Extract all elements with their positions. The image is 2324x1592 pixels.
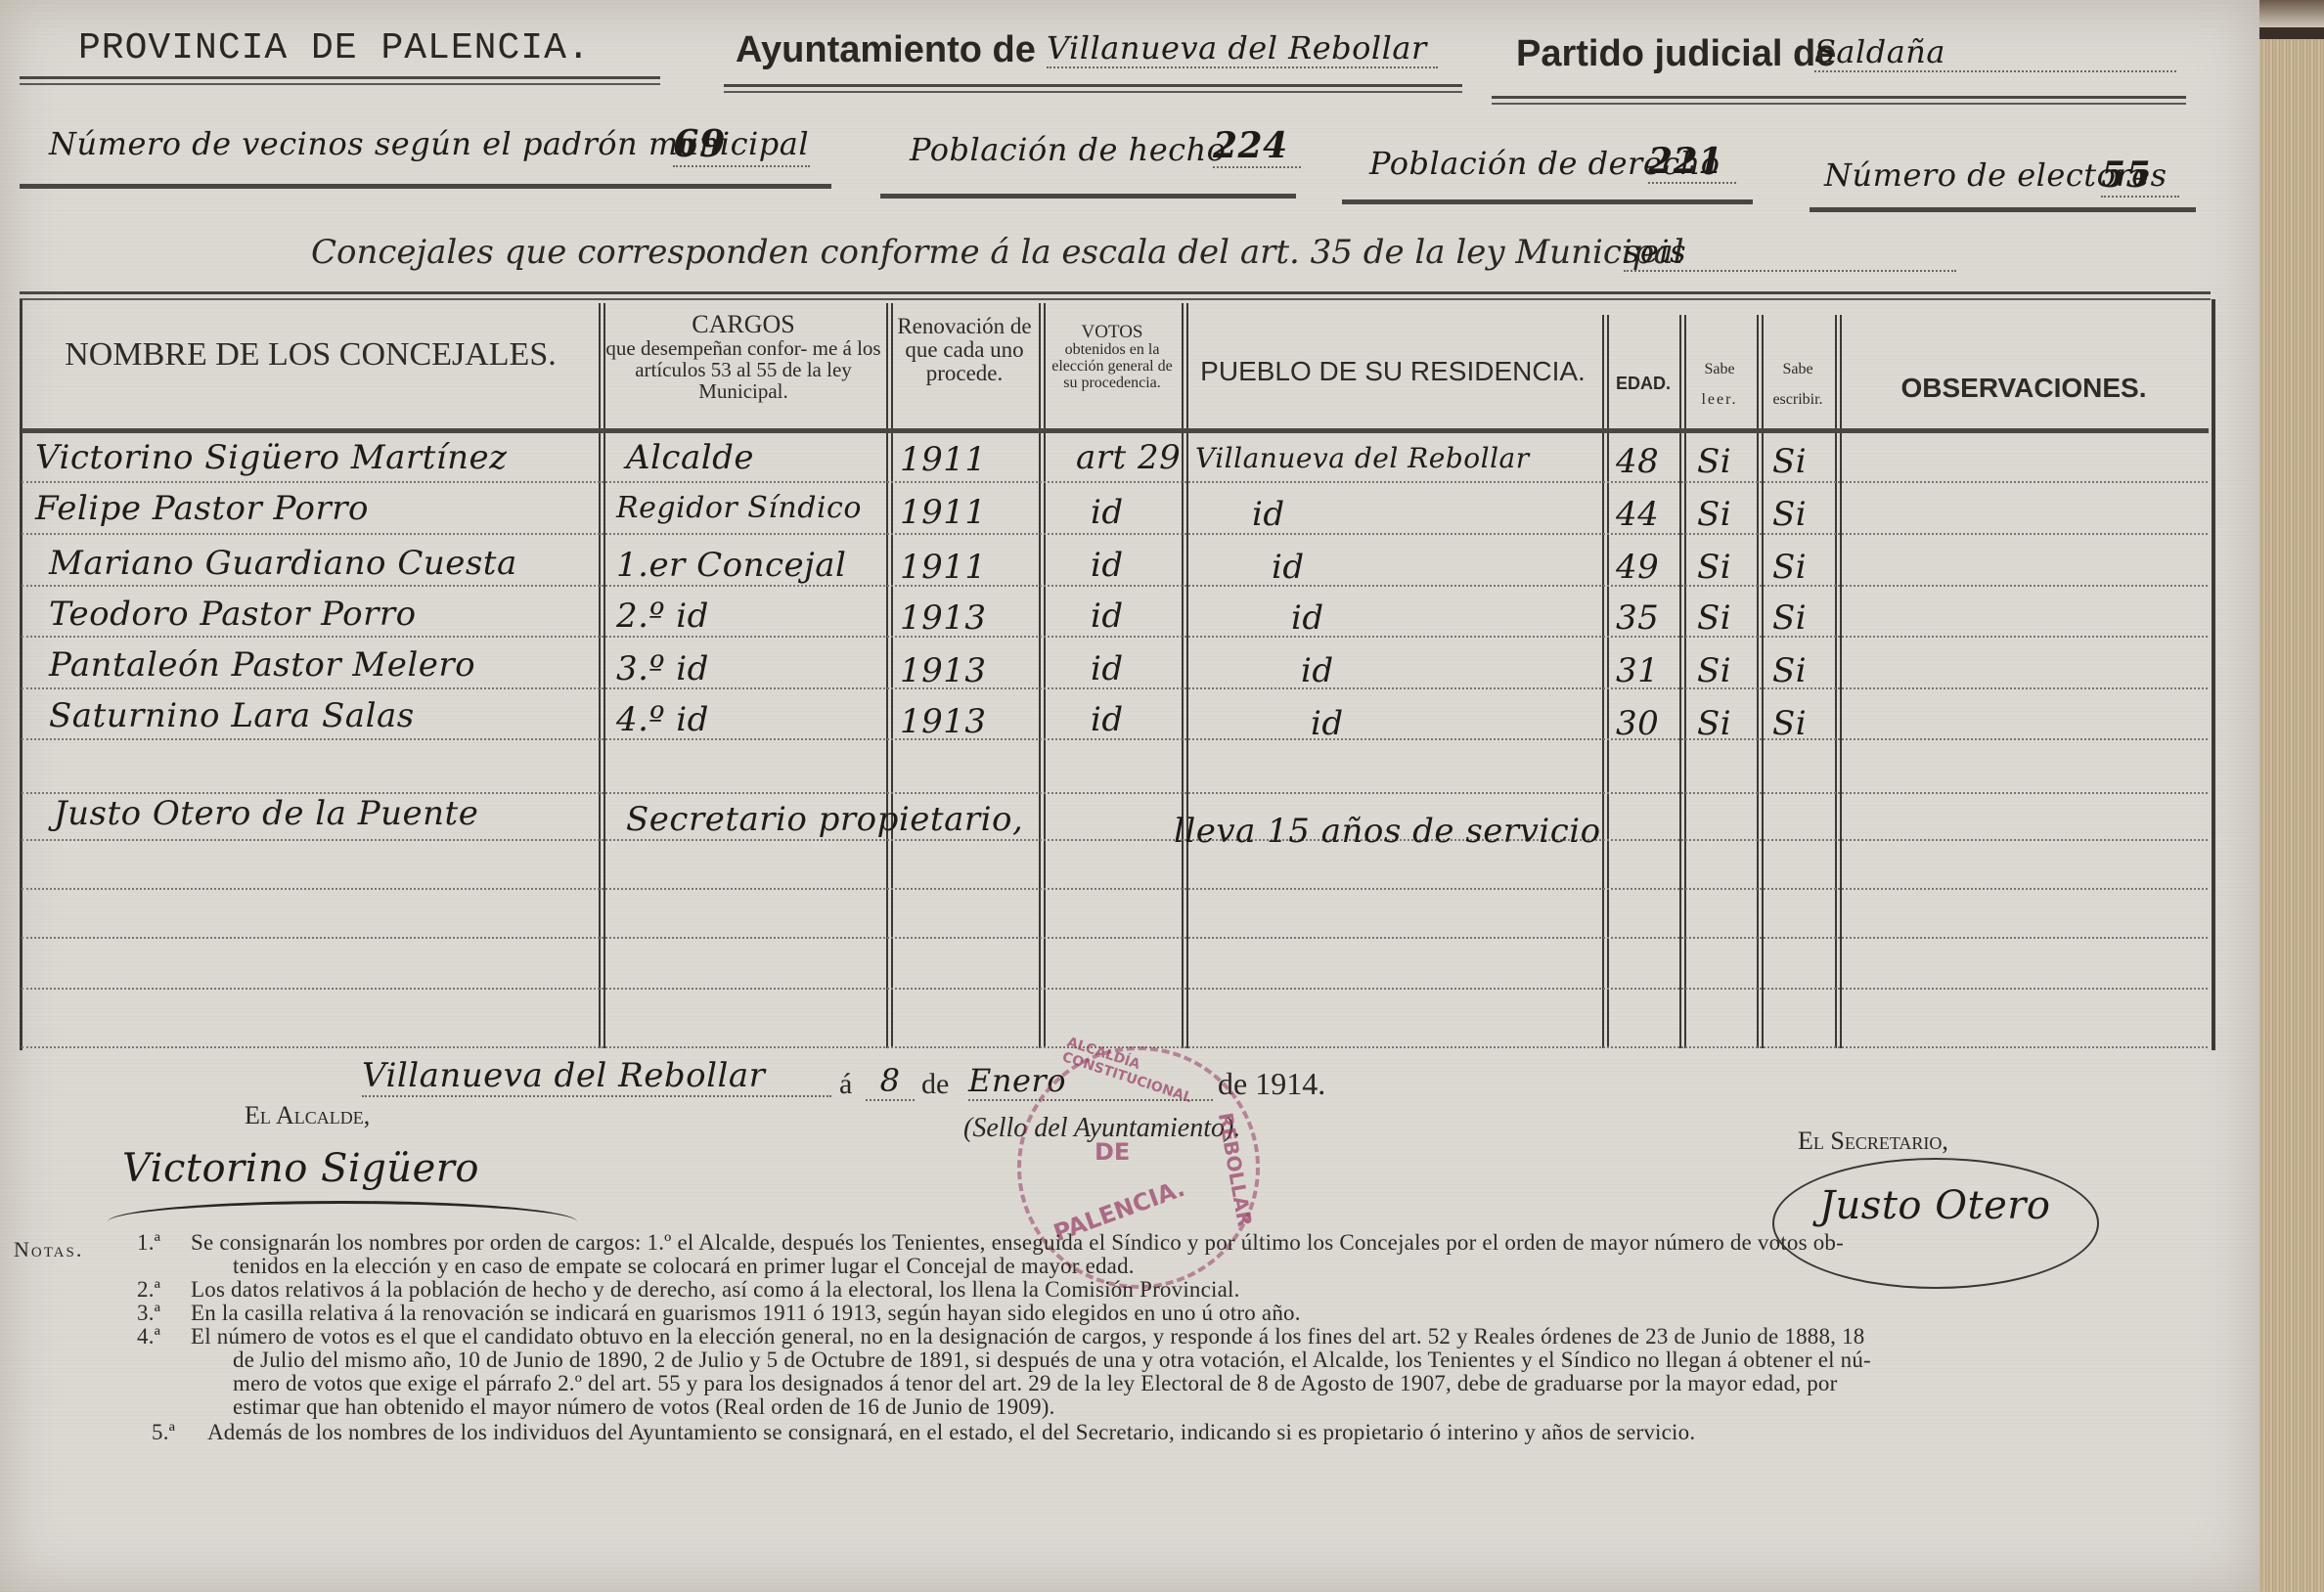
electores-value[interactable]: 55 [2101, 155, 2179, 198]
cell-escribir[interactable]: Si [1772, 704, 1807, 743]
cell-renovacion[interactable]: 1911 [900, 548, 987, 587]
stamp-middle-text: DE [1095, 1138, 1130, 1166]
col-header-leer: Sabe leer. [1684, 362, 1755, 409]
date-place[interactable]: Villanueva del Rebollar [362, 1056, 831, 1097]
cell-cargo[interactable]: 3.º id [616, 649, 709, 688]
row-line-11 [22, 988, 2208, 990]
cell-nombre[interactable]: Felipe Pastor Porro [35, 489, 369, 528]
cell-renovacion[interactable]: 1913 [900, 651, 987, 690]
cell-pueblo[interactable]: id [1301, 651, 1334, 690]
date-day[interactable]: 8 [866, 1062, 915, 1101]
row-line-8 [22, 839, 2208, 841]
secretary-detail[interactable]: lleva 15 años de servicio [1174, 812, 1601, 851]
cell-pueblo[interactable]: id [1311, 704, 1344, 743]
row-line-4 [22, 636, 2208, 638]
hecho-value[interactable]: 224 [1213, 125, 1301, 168]
date-a: á [839, 1068, 852, 1101]
col-header-cargos: CARGOS que desempeñan confor- me á los a… [603, 311, 884, 402]
note-5-num: 5.ª [152, 1420, 175, 1445]
cell-nombre[interactable]: Mariano Guardiano Cuesta [49, 544, 517, 583]
cell-pueblo[interactable]: id [1291, 598, 1324, 638]
ayuntamiento-label: Ayuntamiento de [736, 29, 1036, 71]
note-4-num: 4.ª [137, 1324, 160, 1349]
cell-pueblo[interactable]: id [1252, 495, 1285, 534]
note-1-line-1: Se consignarán los nombres por orden de … [191, 1230, 1844, 1256]
cell-edad[interactable]: 35 [1616, 598, 1659, 638]
cell-cargo[interactable]: Alcalde [626, 438, 754, 477]
row-line-2 [22, 533, 2208, 535]
col-header-pueblo: PUEBLO DE SU RESIDENCIA. [1187, 357, 1598, 385]
document-page: PROVINCIA DE PALENCIA. Ayuntamiento de V… [0, 0, 2259, 1592]
derecho-rule [1342, 199, 1753, 204]
ayuntamiento-value[interactable]: Villanueva del Rebollar [1047, 29, 1438, 68]
alcalde-signature: Victorino Sigüero [122, 1146, 479, 1191]
cell-votos[interactable]: id [1091, 546, 1124, 585]
notes-title: Notas. [14, 1237, 83, 1262]
note-4-line-3: mero de votos que exige el párrafo 2.º d… [233, 1371, 1837, 1396]
cell-leer[interactable]: Si [1697, 548, 1731, 587]
note-2-num: 2.ª [137, 1277, 160, 1303]
cell-escribir[interactable]: Si [1772, 442, 1807, 481]
cell-edad[interactable]: 49 [1616, 548, 1659, 587]
cell-pueblo[interactable]: Villanueva del Rebollar [1195, 442, 1530, 474]
hecho-rule [880, 194, 1296, 199]
cell-leer[interactable]: Si [1697, 598, 1731, 638]
cell-renovacion[interactable]: 1913 [900, 702, 987, 741]
cell-edad[interactable]: 30 [1616, 704, 1659, 743]
ayuntamiento-rule [724, 84, 1462, 93]
note-4-line-4: estimar que han obtenido el mayor número… [233, 1394, 1055, 1420]
cell-escribir[interactable]: Si [1772, 598, 1807, 638]
cell-votos[interactable]: art 29 [1076, 438, 1181, 477]
cell-votos[interactable]: id [1091, 649, 1124, 688]
secretario-label: El Secretario, [1798, 1127, 1948, 1156]
vecinos-rule [20, 184, 831, 189]
col-header-votos: VOTOS obtenidos en la elección general d… [1045, 323, 1180, 391]
note-4-line-1: El número de votos es el que el candidat… [191, 1324, 1864, 1349]
cell-escribir[interactable]: Si [1772, 495, 1807, 534]
cell-edad[interactable]: 44 [1616, 495, 1659, 534]
secretary-name[interactable]: Justo Otero de la Puente [54, 794, 478, 833]
vecinos-value[interactable]: 69 [673, 121, 810, 167]
cell-votos[interactable]: id [1091, 493, 1124, 532]
province-title: PROVINCIA DE PALENCIA. [78, 27, 591, 69]
date-de: de [921, 1068, 949, 1101]
concejales-value[interactable]: seis [1624, 233, 1956, 272]
alcalde-label: El Alcalde, [245, 1101, 370, 1130]
cell-cargo[interactable]: 4.º id [616, 700, 709, 739]
derecho-value[interactable]: 221 [1648, 141, 1736, 184]
col-header-nombre: NOMBRE DE LOS CONCEJALES. [24, 337, 597, 373]
table-header-rule [22, 428, 2209, 433]
cell-cargo[interactable]: 1.er Concejal [616, 546, 846, 585]
cell-nombre[interactable]: Pantaleón Pastor Melero [49, 645, 475, 685]
col-header-escribir: Sabe escribir. [1763, 362, 1833, 409]
secretary-cargo[interactable]: Secretario propietario, [626, 800, 1023, 839]
stamp-right-text: REBOLLAR [1214, 1111, 1257, 1228]
cell-edad[interactable]: 48 [1616, 442, 1659, 481]
note-1-num: 1.ª [137, 1230, 160, 1256]
hecho-label: Población de hecho [910, 131, 1226, 168]
note-1-line-2: tenidos en la elección y en caso de empa… [233, 1254, 1135, 1279]
cell-leer[interactable]: Si [1697, 442, 1731, 481]
row-line-1 [22, 481, 2208, 483]
cell-votos[interactable]: id [1091, 597, 1124, 636]
cell-pueblo[interactable]: id [1272, 548, 1305, 587]
note-2-line-1: Los datos relativos á la población de he… [191, 1277, 1240, 1303]
partido-rule [1492, 96, 2186, 105]
note-3-line-1: En la casilla relativa á la renovación s… [191, 1301, 1301, 1326]
note-5-line-1: Además de los nombres de los individuos … [207, 1420, 1695, 1445]
cell-votos[interactable]: id [1091, 700, 1124, 739]
col-header-edad: EDAD. [1608, 375, 1678, 393]
row-line-9 [22, 888, 2208, 890]
cell-escribir[interactable]: Si [1772, 548, 1807, 587]
partido-value[interactable]: Saldaña [1814, 33, 2176, 72]
cell-leer[interactable]: Si [1697, 495, 1731, 534]
cell-renovacion[interactable]: 1913 [900, 598, 987, 638]
cell-leer[interactable]: Si [1697, 651, 1731, 690]
col-header-renovacion: Renovación de que cada uno procede. [892, 315, 1037, 385]
cell-nombre[interactable]: Saturnino Lara Salas [49, 696, 415, 735]
note-3-num: 3.ª [137, 1301, 160, 1326]
province-rule [20, 76, 660, 85]
row-line-10 [22, 937, 2208, 939]
cell-leer[interactable]: Si [1697, 704, 1731, 743]
cell-nombre[interactable]: Victorino Sigüero Martínez [35, 438, 508, 477]
book-page-edges [2259, 39, 2324, 1592]
cell-edad[interactable]: 31 [1616, 651, 1659, 690]
cell-cargo[interactable]: Regidor Síndico [616, 491, 862, 525]
row-line-3 [22, 585, 2208, 587]
cell-renovacion[interactable]: 1911 [900, 493, 987, 532]
partido-label: Partido judicial de [1516, 33, 1836, 75]
cell-nombre[interactable]: Teodoro Pastor Porro [49, 595, 417, 634]
cell-renovacion[interactable]: 1911 [900, 440, 987, 479]
cell-cargo[interactable]: 2.º id [616, 597, 709, 636]
note-4-line-2: de Julio del mismo año, 10 de Junio de 1… [233, 1348, 1871, 1373]
cell-escribir[interactable]: Si [1772, 651, 1807, 690]
col-header-observaciones: OBSERVACIONES. [1843, 374, 2205, 402]
electores-rule [1810, 207, 2196, 212]
secretario-signature: Justo Otero [1819, 1183, 2050, 1228]
concejales-label: Concejales que corresponden conforme á l… [311, 233, 1684, 272]
